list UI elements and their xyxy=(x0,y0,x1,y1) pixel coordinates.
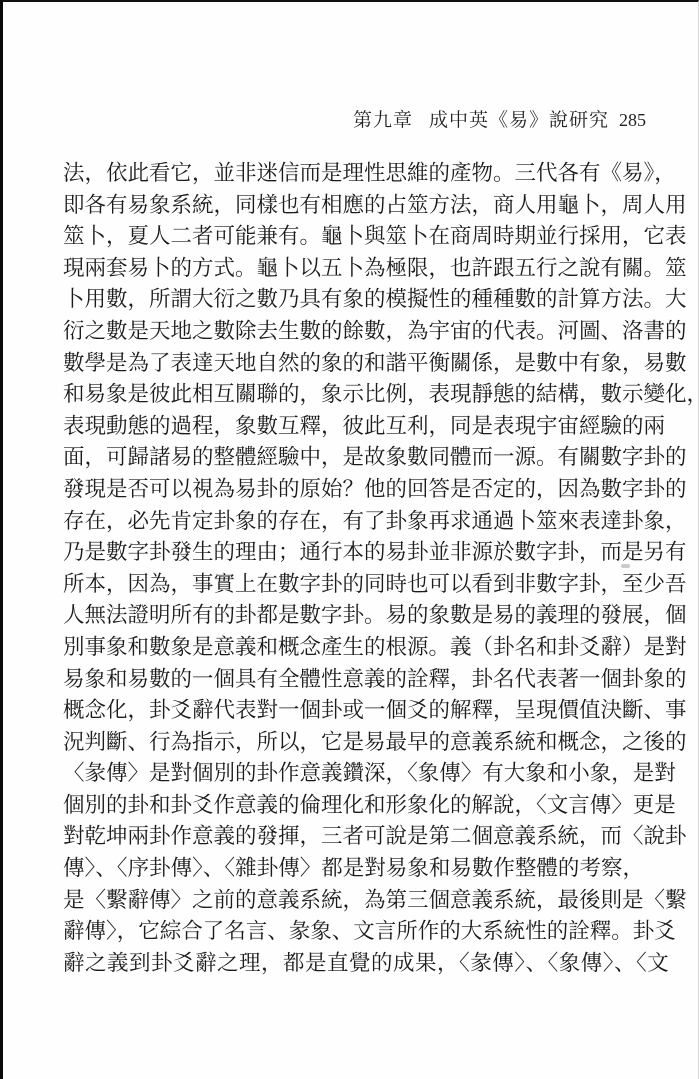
body-text-line: 法，依此看它，並非迷信而是理性思維的產物。三代各有《易》， xyxy=(63,158,644,190)
body-text-line: 人無法證明所有的卦都是數字卦。易的象數是易的義理的發展，個 xyxy=(63,600,644,632)
book-page: 第九章成中英《易》說研究285 法，依此看它，並非迷信而是理性思維的產物。三代各… xyxy=(0,0,699,1079)
body-text-line: 面，可歸諸易的整體經驗中，是故象數同體而一源。有關數字卦的 xyxy=(63,442,644,474)
body-text-line: 表現動態的過程，象數互釋，彼此互利，同是表現宇宙經驗的兩 xyxy=(63,411,644,443)
body-text-line: 易象和易數的一個具有全體性意義的詮釋，卦名代表著一個卦象的 xyxy=(63,664,644,696)
body-text-line: 存在，必先肯定卦象的存在，有了卦象再求通過卜筮來表達卦象， xyxy=(63,506,644,538)
body-text-block: 法，依此看它，並非迷信而是理性思維的產物。三代各有《易》， 即各有易象系統，同樣… xyxy=(63,158,644,979)
body-text-line: 是〈繫辭傳〉之前的意義系統，為第三個意義系統，最後則是〈繫 xyxy=(63,885,644,917)
body-text-line: 別事象和數象是意義和概念產生的根源。義（卦名和卦爻辭）是對 xyxy=(63,632,644,664)
body-text-line: 衍之數是天地之數除去生數的餘數，為宇宙的代表。河圖、洛書的 xyxy=(63,316,644,348)
body-text-line: 辭傳〉，它綜合了名言、彖象、文言所作的大系統性的詮釋。卦爻 xyxy=(63,916,644,948)
body-text-line: 和易象是彼此相互關聯的，象示比例，表現靜態的結構，數示變化， xyxy=(63,379,644,411)
body-text-line: 現兩套易卜的方式。龜卜以五卜為極限，也許跟五行之說有關。筮 xyxy=(63,253,644,285)
body-text-line: 個別的卦和卦爻作意義的倫理化和形象化的解說，〈文言傳〉更是 xyxy=(63,790,644,822)
body-text-line: 即各有易象系統，同樣也有相應的占筮方法，商人用龜卜，周人用 xyxy=(63,190,644,222)
chapter-label: 第九章 xyxy=(353,110,413,131)
running-header: 第九章成中英《易》說研究285 xyxy=(3,105,646,132)
body-text-line: 對乾坤兩卦作意義的發揮，三者可說是第二個意義系統，而〈說卦 xyxy=(63,821,644,853)
body-text-line: 況判斷、行為指示，所以，它是易最早的意義系統和概念，之後的 xyxy=(63,727,644,759)
body-text-line: 卜用數，所謂大衍之數乃具有象的模擬性的種種數的計算方法。大 xyxy=(63,284,644,316)
body-text-line: 概念化，卦爻辭代表對一個卦或一個爻的解釋，呈現價值決斷、事 xyxy=(63,695,644,727)
body-text-line: 發現是否可以視為易卦的原始？他的回答是否定的，因為數字卦的 xyxy=(63,474,644,506)
body-text-line: 乃是數字卦發生的理由；通行本的易卦並非源於數字卦，而是另有 xyxy=(63,537,644,569)
body-text-line: 辭之義到卦爻辭之理，都是直覺的成果，〈彖傳〉、〈象傳〉、〈文 xyxy=(63,948,644,980)
scan-smudge-artifact xyxy=(621,564,630,568)
chapter-title: 成中英《易》說研究 xyxy=(429,110,609,131)
body-text-line: 所本，因為，事實上在數字卦的同時也可以看到非數字卦，至少吾 xyxy=(63,569,644,601)
body-text-line: 筮卜，夏人二者可能兼有。龜卜與筮卜在商周時期並行採用，它表 xyxy=(63,221,644,253)
body-text-line: 〈彖傳〉是對個別的卦作意義鑽深，〈象傳〉有大象和小象，是對 xyxy=(63,758,644,790)
body-text-line: 傳〉、〈序卦傳〉、〈雜卦傳〉都是對易象和易數作整體的考察， xyxy=(63,853,644,885)
body-text-line: 數學是為了表達天地自然的象的和諧平衡關係，是數中有象，易數 xyxy=(63,348,644,380)
page-number: 285 xyxy=(619,110,646,130)
